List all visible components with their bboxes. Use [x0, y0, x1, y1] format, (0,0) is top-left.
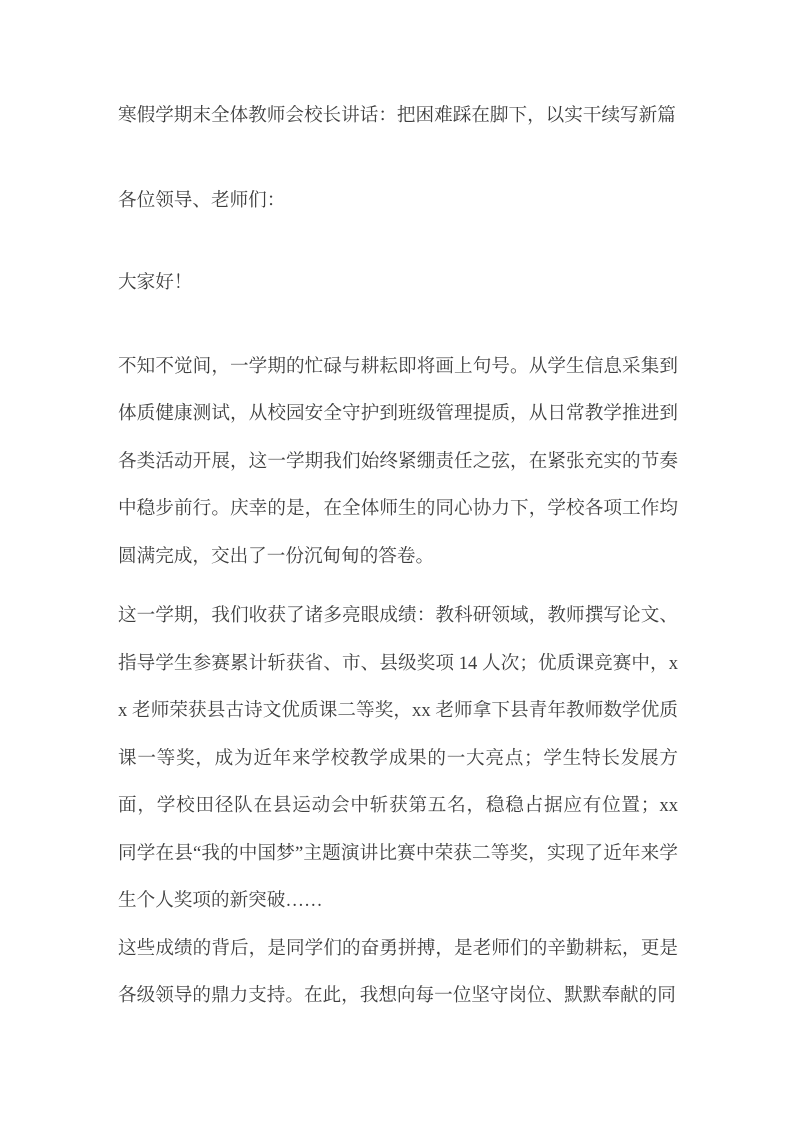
document-content: 寒假学期末全体教师会校长讲话：把困难踩在脚下，以实干续写新篇 各位领导、老师们：…	[118, 92, 678, 1020]
paragraph-salutation: 各位领导、老师们：	[118, 177, 678, 225]
document-title: 寒假学期末全体教师会校长讲话：把困难踩在脚下，以实干续写新篇	[118, 92, 678, 140]
paragraph-greeting: 大家好！	[118, 259, 678, 307]
paragraph-gratitude: 这些成绩的背后，是同学们的奋勇拼搏，是老师们的辛勤耕耘，更是各级领导的鼎力支持。…	[118, 925, 678, 1020]
paragraph-semester-review: 不知不觉间，一学期的忙碌与耕耘即将画上句号。从学生信息采集到体质健康测试，从校园…	[118, 343, 678, 581]
document-page: 寒假学期末全体教师会校长讲话：把困难踩在脚下，以实干续写新篇 各位领导、老师们：…	[0, 0, 793, 1122]
paragraph-achievements: 这一学期，我们收获了诸多亮眼成绩：教科研领域，教师撰写论文、指导学生参赛累计斩获…	[118, 592, 678, 925]
